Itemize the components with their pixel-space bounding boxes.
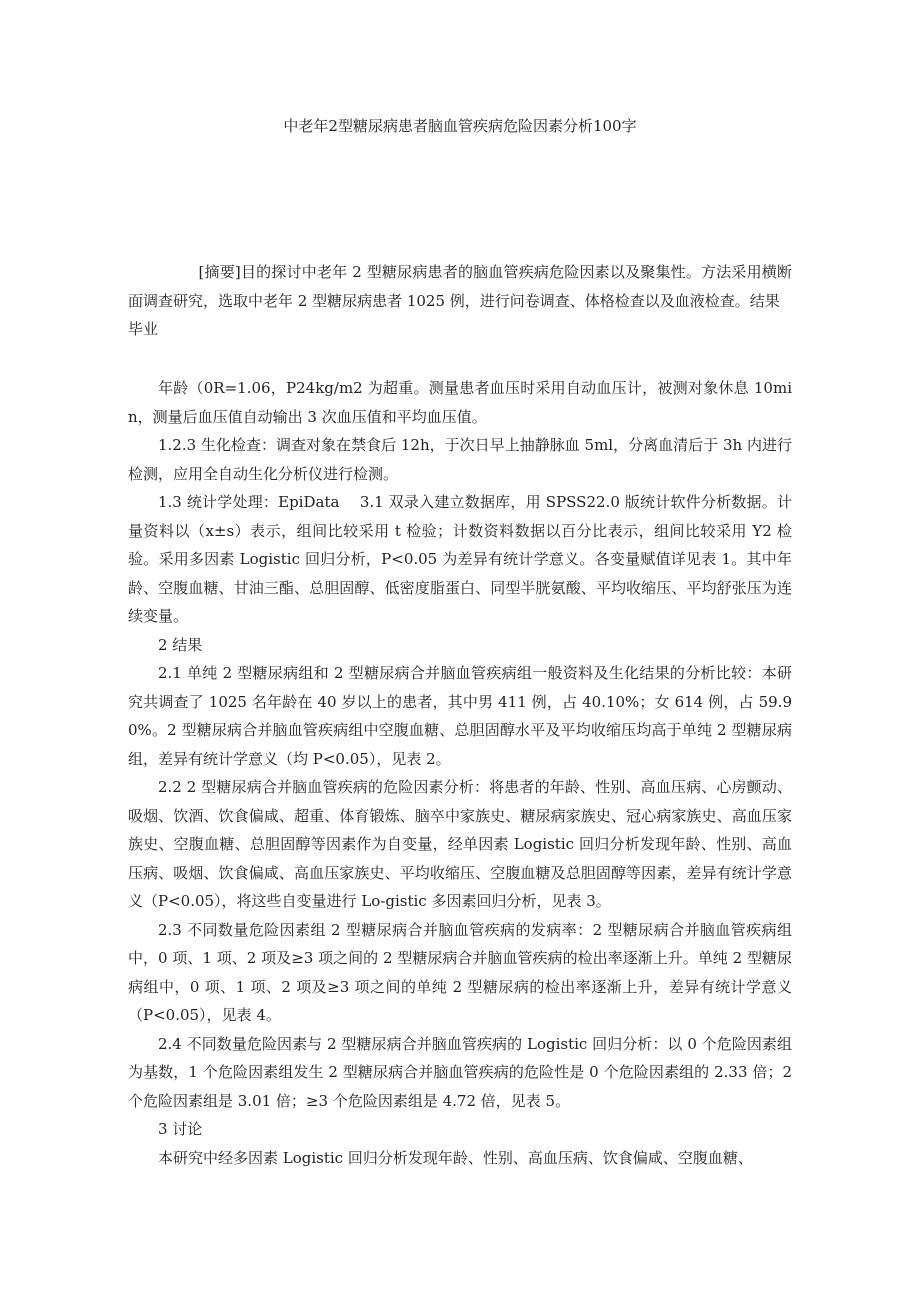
abstract-section: [摘要]目的探讨中老年 2 型糖尿病患者的脑血管疾病危险因素以及聚集性。方法采用… [128,258,792,344]
abstract-label: 毕业 [128,315,792,344]
heading-discussion: 3 讨论 [128,1115,792,1144]
paragraph-results-2-3: 2.3 不同数量危险因素组 2 型糖尿病合并脑血管疾病的发病率：2 型糖尿病合并… [128,916,792,1030]
paragraph-biochem: 1.2.3 生化检查：调查对象在禁食后 12h，于次日早上抽静脉血 5ml，分离… [128,431,792,488]
document-title: 中老年2型糖尿病患者脑血管疾病危险因素分析100字 [0,116,920,136]
paragraph-results-2-4: 2.4 不同数量危险因素与 2 型糖尿病合并脑血管疾病的 Logistic 回归… [128,1030,792,1116]
paragraph-results-2-2: 2.2 2 型糖尿病合并脑血管疾病的危险因素分析：将患者的年龄、性别、高血压病、… [128,773,792,916]
body-section: 年龄（0R=1.06，P24kg/m2 为超重。测量患者血压时采用自动血压计，被… [128,374,792,1172]
paragraph-measurement: 年龄（0R=1.06，P24kg/m2 为超重。测量患者血压时采用自动血压计，被… [128,374,792,431]
paragraph-discussion: 本研究中经多因素 Logistic 回归分析发现年龄、性别、高血压病、饮食偏咸、… [128,1144,792,1173]
paragraph-statistics: 1.3 统计学处理：EpiData 3.1 双录入建立数据库，用 SPSS22.… [128,488,792,631]
heading-results: 2 结果 [128,631,792,660]
paragraph-results-2-1: 2.1 单纯 2 型糖尿病组和 2 型糖尿病合并脑血管疾病组一般资料及生化结果的… [128,659,792,773]
abstract-paragraph: [摘要]目的探讨中老年 2 型糖尿病患者的脑血管疾病危险因素以及聚集性。方法采用… [128,258,792,315]
